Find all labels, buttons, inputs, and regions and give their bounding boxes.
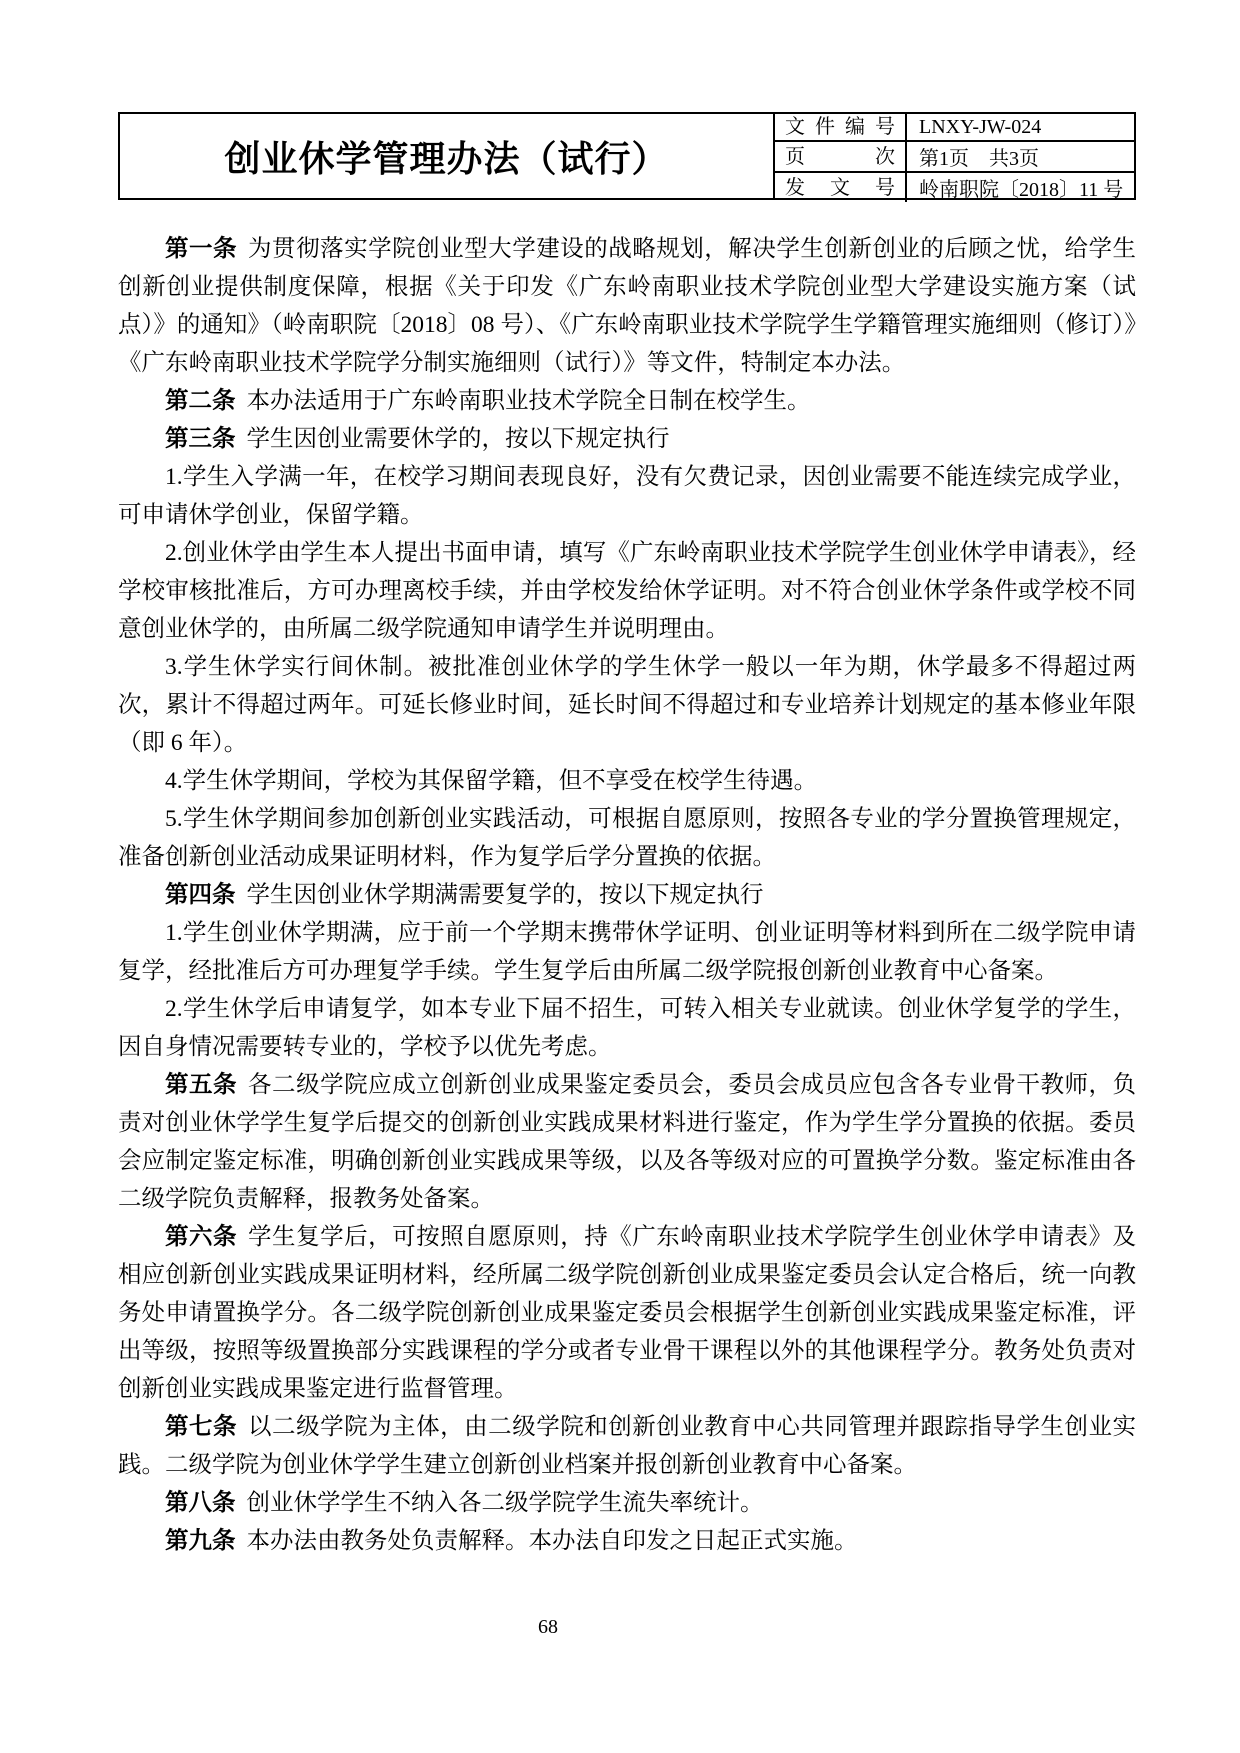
paragraph: 第四条学生因创业休学期满需要复学的，按以下规定执行	[118, 876, 1136, 914]
header-field-value: 岭南职院〔2018〕11 号	[907, 173, 1134, 202]
header-field-row: 发文号 岭南职院〔2018〕11 号	[775, 173, 1134, 202]
paragraph-text: 1.学生创业休学期满，应于前一个学期末携带休学证明、创业证明等材料到所在二级学院…	[118, 920, 1136, 984]
paragraph: 第三条学生因创业需要休学的，按以下规定执行	[118, 420, 1136, 458]
paragraph-text: 1.学生入学满一年，在校学习期间表现良好，没有欠费记录，因创业需要不能连续完成学…	[118, 464, 1136, 528]
paragraph: 第六条学生复学后，可按照自愿原则，持《广东岭南职业技术学院学生创业休学申请表》及…	[118, 1218, 1136, 1408]
paragraph-text: 本办法由教务处负责解释。本办法自印发之日起正式实施。	[247, 1528, 858, 1554]
paragraph: 第一条为贯彻落实学院创业型大学建设的战略规划，解决学生创新创业的后顾之忧，给学生…	[118, 230, 1136, 382]
header-field-label-text: 页次	[785, 144, 895, 170]
paragraph: 1.学生创业休学期满，应于前一个学期末携带休学证明、创业证明等材料到所在二级学院…	[118, 914, 1136, 990]
paragraph-text: 4.学生休学期间，学校为其保留学籍，但不享受在校学生待遇。	[165, 768, 817, 794]
article-number: 第二条	[165, 388, 236, 414]
article-number: 第七条	[165, 1414, 237, 1440]
paragraph-text: 学生复学后，可按照自愿原则，持《广东岭南职业技术学院学生创业休学申请表》及相应创…	[118, 1224, 1136, 1402]
paragraph: 第七条以二级学院为主体，由二级学院和创新创业教育中心共同管理并跟踪指导学生创业实…	[118, 1408, 1136, 1484]
header-field-label: 页次	[775, 142, 907, 171]
paragraph-text: 本办法适用于广东岭南职业技术学院全日制在校学生。	[247, 388, 811, 414]
document-page: 创业休学管理办法（试行） 文件编号 LNXY-JW-024 页次 第1页 共3页	[0, 0, 1240, 1753]
document-body: 第一条为贯彻落实学院创业型大学建设的战略规划，解决学生创新创业的后顾之忧，给学生…	[118, 230, 1136, 1560]
header-field-row: 文件编号 LNXY-JW-024	[775, 114, 1134, 142]
article-number: 第四条	[165, 882, 236, 908]
article-number: 第六条	[165, 1224, 237, 1250]
header-field-row: 页次 第1页 共3页	[775, 142, 1134, 173]
paragraph-text: 各二级学院应成立创新创业成果鉴定委员会，委员会成员应包含各专业骨干教师，负责对创…	[118, 1072, 1136, 1212]
article-number: 第一条	[165, 236, 237, 262]
paragraph: 1.学生入学满一年，在校学习期间表现良好，没有欠费记录，因创业需要不能连续完成学…	[118, 458, 1136, 534]
article-number: 第五条	[165, 1072, 237, 1098]
header-field-label-text: 发文号	[785, 175, 895, 201]
header-table: 创业休学管理办法（试行） 文件编号 LNXY-JW-024 页次 第1页 共3页	[118, 112, 1136, 200]
page-number: 68	[498, 1616, 598, 1639]
paragraph: 第九条本办法由教务处负责解释。本办法自印发之日起正式实施。	[118, 1522, 1136, 1560]
article-number: 第八条	[165, 1490, 236, 1516]
paragraph: 3.学生休学实行间休制。被批准创业休学的学生休学一般以一年为期，休学最多不得超过…	[118, 648, 1136, 762]
paragraph-text: 3.学生休学实行间休制。被批准创业休学的学生休学一般以一年为期，休学最多不得超过…	[118, 654, 1136, 756]
paragraph-text: 2.创业休学由学生本人提出书面申请，填写《广东岭南职业技术学院学生创业休学申请表…	[118, 540, 1136, 642]
article-number: 第三条	[165, 426, 236, 452]
header-field-label: 发文号	[775, 173, 907, 202]
paragraph: 第八条创业休学学生不纳入各二级学院学生流失率统计。	[118, 1484, 1136, 1522]
header-field-value: LNXY-JW-024	[907, 114, 1134, 140]
paragraph-text: 学生因创业需要休学的，按以下规定执行	[247, 426, 670, 452]
paragraph: 第五条各二级学院应成立创新创业成果鉴定委员会，委员会成员应包含各专业骨干教师，负…	[118, 1066, 1136, 1218]
header-field-label-text: 文件编号	[785, 114, 895, 140]
paragraph-text: 5.学生休学期间参加创新创业实践活动，可根据自愿原则，按照各专业的学分置换管理规…	[118, 806, 1136, 870]
paragraph: 2.学生休学后申请复学，如本专业下届不招生，可转入相关专业就读。创业休学复学的学…	[118, 990, 1136, 1066]
header-fields: 文件编号 LNXY-JW-024 页次 第1页 共3页 发文号 岭南职院〔201…	[775, 114, 1134, 198]
paragraph: 2.创业休学由学生本人提出书面申请，填写《广东岭南职业技术学院学生创业休学申请表…	[118, 534, 1136, 648]
paragraph-text: 2.学生休学后申请复学，如本专业下届不招生，可转入相关专业就读。创业休学复学的学…	[118, 996, 1136, 1060]
paragraph-text: 创业休学学生不纳入各二级学院学生流失率统计。	[247, 1490, 764, 1516]
paragraph: 第二条本办法适用于广东岭南职业技术学院全日制在校学生。	[118, 382, 1136, 420]
header-field-value: 第1页 共3页	[907, 142, 1134, 171]
header-field-label: 文件编号	[775, 114, 907, 140]
document-title: 创业休学管理办法（试行）	[120, 114, 775, 198]
article-number: 第九条	[165, 1528, 236, 1554]
paragraph: 4.学生休学期间，学校为其保留学籍，但不享受在校学生待遇。	[118, 762, 1136, 800]
paragraph-text: 以二级学院为主体，由二级学院和创新创业教育中心共同管理并跟踪指导学生创业实践。二…	[118, 1414, 1136, 1478]
paragraph-text: 学生因创业休学期满需要复学的，按以下规定执行	[247, 882, 764, 908]
paragraph-text: 为贯彻落实学院创业型大学建设的战略规划，解决学生创新创业的后顾之忧，给学生创新创…	[118, 236, 1136, 376]
paragraph: 5.学生休学期间参加创新创业实践活动，可根据自愿原则，按照各专业的学分置换管理规…	[118, 800, 1136, 876]
